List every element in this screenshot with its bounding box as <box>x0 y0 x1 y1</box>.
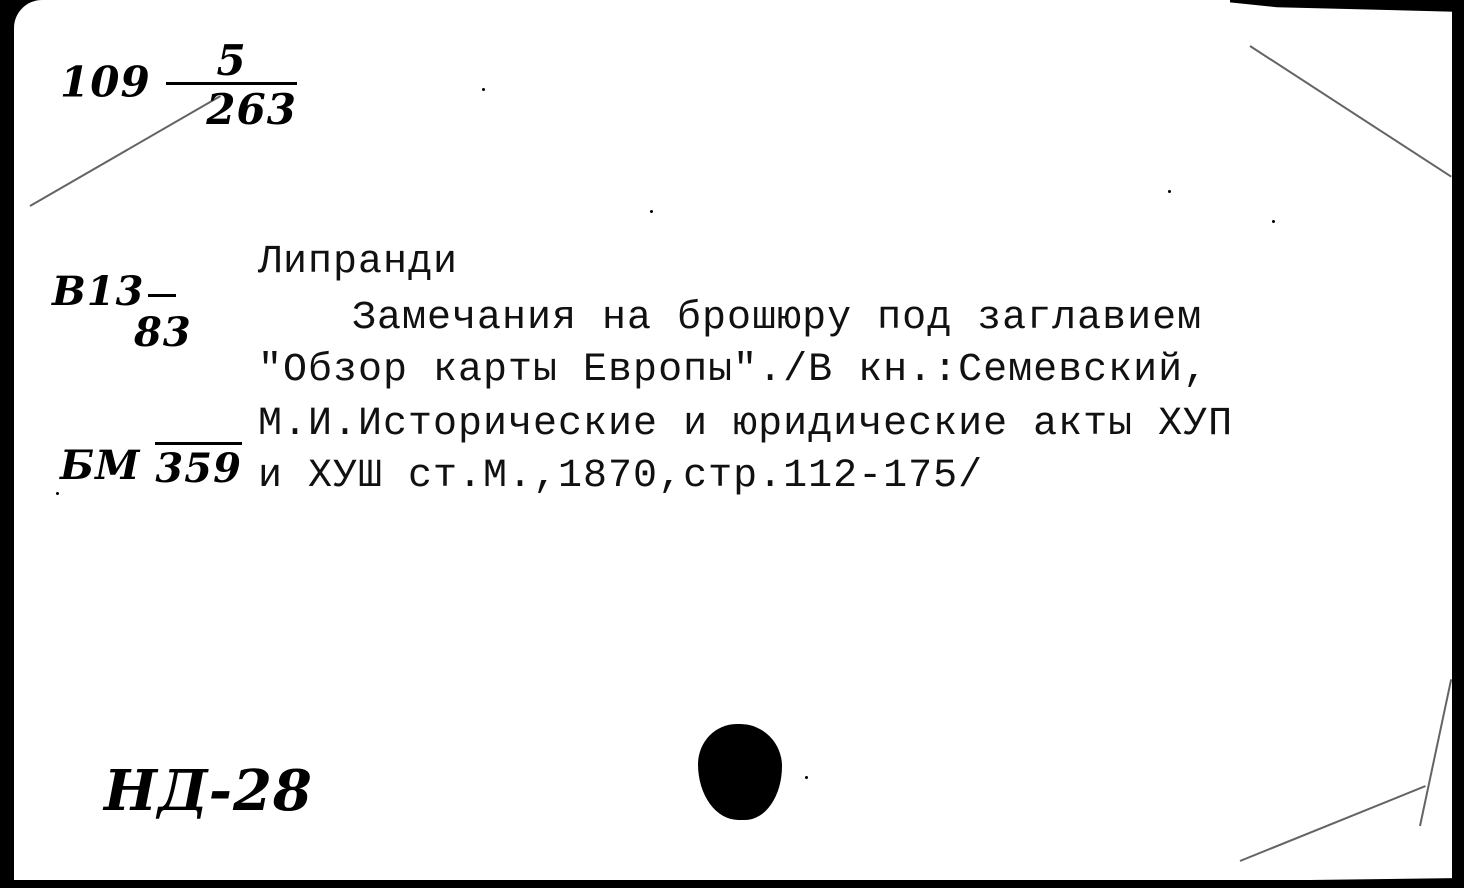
entry-line-3: М.И.Исторические и юридические акты ХУП <box>258 400 1233 450</box>
scan-edge-right <box>1458 30 1464 70</box>
speck <box>482 88 485 91</box>
entry-line-2: "Обзор карты Европы"./В кн.:Семевский, <box>258 346 1208 396</box>
speck <box>56 492 59 495</box>
entry-line-4: и ХУШ ст.М.,1870,стр.112-175/ <box>258 452 983 502</box>
shelfmark-middle-left: B13 83 <box>52 268 192 356</box>
shelfmark-top-prefix: 109 <box>60 58 151 107</box>
shelfmark-top-fraction: 5 263 <box>166 40 297 131</box>
shelfmark-top-denominator: 263 <box>206 85 297 131</box>
shelfmark-top-left: 109 5 263 <box>60 40 297 131</box>
speck <box>650 210 653 213</box>
shelfmark-lower-prefix: БМ <box>60 442 140 489</box>
entry-author: Липранди <box>258 238 458 288</box>
shelfmark-lower-numerator <box>155 438 242 445</box>
punch-hole <box>698 724 782 820</box>
shelfmark-middle-denominator: 83 <box>134 309 192 356</box>
shelfmark-middle-prefix: B13 <box>52 268 144 315</box>
shelfmark-lower-denominator: 359 <box>155 445 242 489</box>
shelfmark-lower-fraction: 359 <box>155 438 242 489</box>
speck <box>1168 190 1171 193</box>
speck <box>1272 220 1275 223</box>
entry-line-1: Замечания на брошюру под заглавием <box>352 294 1202 344</box>
shelfmark-bottom-left: НД-28 <box>104 758 313 824</box>
shelfmark-top-numerator: 5 <box>166 40 297 85</box>
shelfmark-lower-left: БМ 359 <box>60 438 242 489</box>
speck <box>805 776 808 779</box>
